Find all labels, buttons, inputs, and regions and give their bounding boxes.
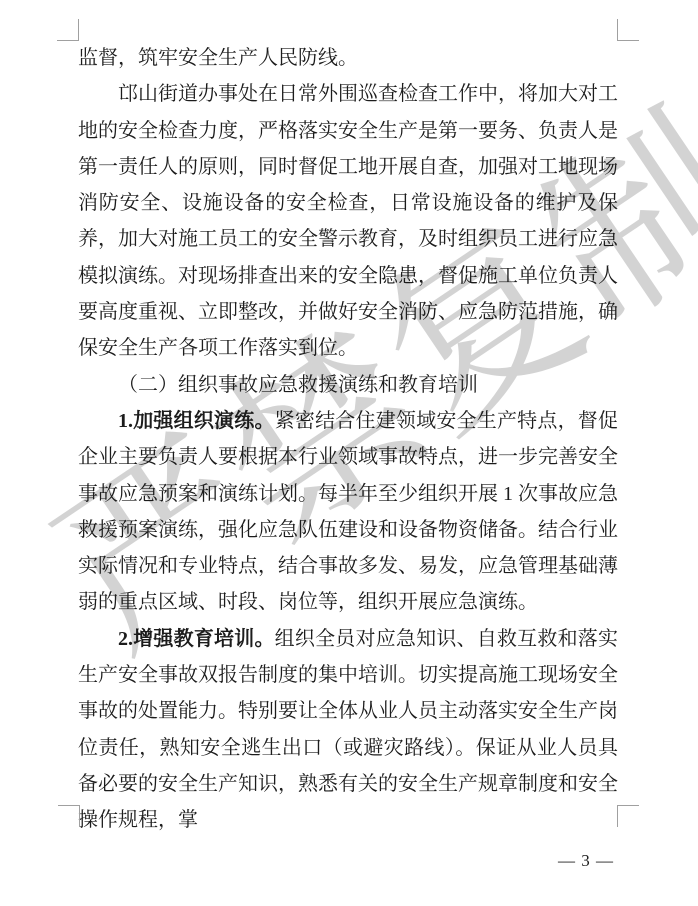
paragraph: 2.增强教育培训。组织全员对应急知识、自救互救和落实生产安全事故双报告制度的集中…	[78, 621, 618, 839]
document-page: 严禁复制 监督，筑牢安全生产人民防线。邙山街道办事处在日常外围巡查检查工作中，将…	[0, 0, 698, 906]
paragraph-lead-bold: 1.加强组织演练。	[118, 410, 275, 432]
document-body: 监督，筑牢安全生产人民防线。邙山街道办事处在日常外围巡查检查工作中，将加大对工地…	[78, 40, 618, 839]
paragraph: 监督，筑牢安全生产人民防线。	[78, 40, 618, 76]
paragraph-text: （二）组织事故应急救援演练和教育培训	[118, 374, 478, 396]
paragraph-text: 组织全员对应急知识、自救互救和落实生产安全事故双报告制度的集中培训。切实提高施工…	[78, 628, 618, 831]
paragraph-lead-bold: 2.增强教育培训。	[118, 628, 275, 650]
section-heading: （二）组织事故应急救援演练和教育培训	[78, 367, 618, 403]
crop-mark-top-right	[617, 19, 639, 41]
crop-mark-top-left	[57, 19, 79, 41]
crop-mark-bottom-right	[617, 805, 639, 827]
paragraph-text: 监督，筑牢安全生产人民防线。	[78, 47, 358, 69]
paragraph: 邙山街道办事处在日常外围巡查检查工作中，将加大对工地的安全检查力度，严格落实安全…	[78, 76, 618, 366]
paragraph: 1.加强组织演练。紧密结合住建领域安全生产特点，督促企业主要负责人要根据本行业领…	[78, 403, 618, 621]
paragraph-text: 紧密结合住建领域安全生产特点，督促企业主要负责人要根据本行业领域事故特点，进一步…	[78, 410, 618, 613]
paragraph-text: 邙山街道办事处在日常外围巡查检查工作中，将加大对工地的安全检查力度，严格落实安全…	[78, 83, 618, 359]
page-number: — 3 —	[558, 851, 614, 871]
crop-mark-bottom-left	[58, 805, 80, 827]
